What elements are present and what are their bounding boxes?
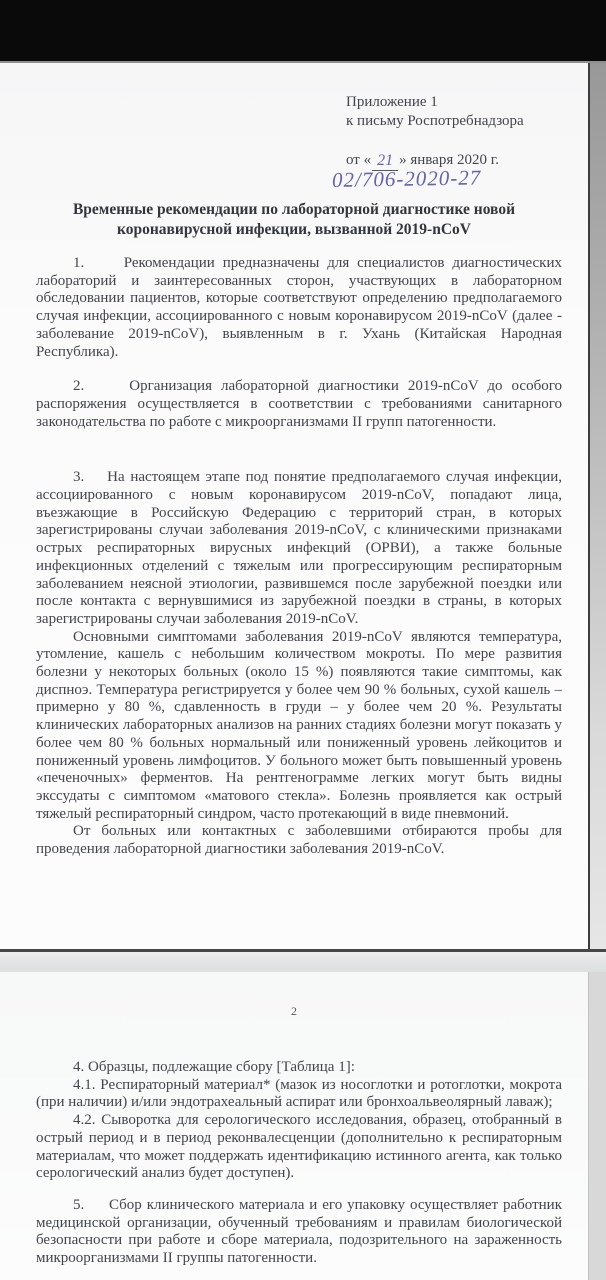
scanned-document-photo: Приложение 1 к письму Роспотребнадзора о…	[0, 0, 606, 1280]
paragraph-4-1: 4.1. Респираторный материал* (мазок из н…	[36, 1077, 562, 1112]
page-separator-band	[0, 952, 606, 972]
paragraph-4-2: 4.2. Сыворотка для серологического иссле…	[36, 1112, 562, 1183]
paragraph-5-collection: 5. Сбор клинического материала и его упа…	[36, 1197, 562, 1268]
section-4-heading: 4. Образцы, подлежащие сбору [Таблица 1]…	[36, 1059, 562, 1077]
document-page-2: 2 4. Образцы, подлежащие сбору [Таблица …	[0, 972, 588, 1280]
page-number: 2	[0, 1004, 588, 1019]
paragraph-3: 3. На настоящем этапе под понятие предпо…	[36, 469, 562, 628]
page-2-scan-background-strip	[589, 972, 606, 1280]
header-appendix-line: Приложение 1	[346, 93, 524, 112]
paragraph-4-symptoms: Основными симптомами заболевания 2019-nC…	[36, 629, 562, 824]
document-header: Приложение 1 к письму Роспотребнадзора о…	[346, 93, 524, 190]
header-letter-line: к письму Роспотребнадзора	[346, 112, 524, 131]
paragraph-2: 2. Организация лабораторной диагностики …	[36, 378, 562, 431]
title-line-2: коронавирусной инфекции, вызванной 2019-…	[31, 220, 557, 240]
page-1-scan-background-strip	[590, 63, 606, 949]
date-prefix: от «	[346, 152, 371, 168]
handwritten-doc-number: 02/706-2020-27	[332, 168, 524, 190]
paragraph-1: 1. Рекомендации предназначены для специа…	[36, 255, 562, 361]
title-line-1: Временные рекомендации по лабораторной д…	[31, 200, 557, 220]
paragraph-5-samples: От больных или контактных с заболевшими …	[36, 823, 562, 858]
page-2-body: 4. Образцы, подлежащие сбору [Таблица 1]…	[36, 1059, 562, 1268]
page-1-body: 1. Рекомендации предназначены для специа…	[36, 255, 562, 859]
letterbox-top-bar	[0, 0, 606, 61]
document-page-1: Приложение 1 к письму Роспотребнадзора о…	[0, 63, 588, 949]
document-title: Временные рекомендации по лабораторной д…	[31, 200, 557, 240]
